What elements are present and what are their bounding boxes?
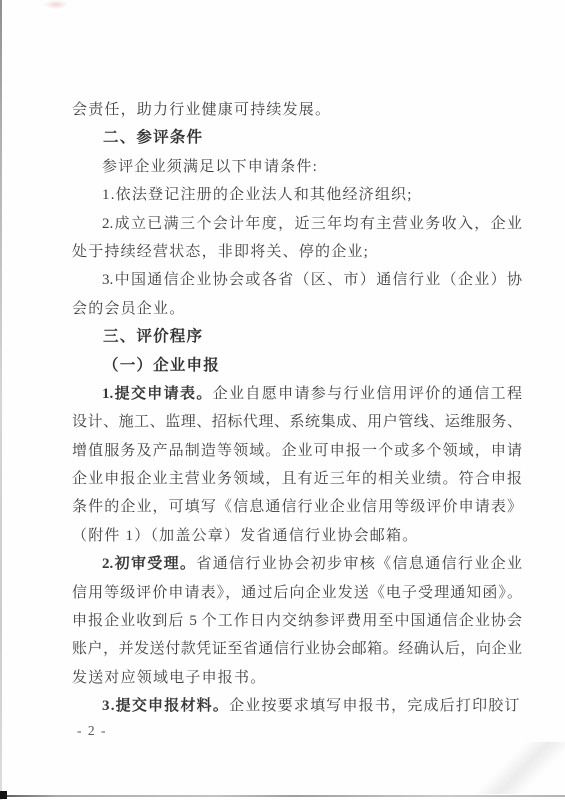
- document-line: 2.初审受理。省通信行业协会初步审核《信息通信行业企业: [72, 550, 522, 578]
- document-line: 三、评价程序: [72, 323, 522, 351]
- document-page: { "page": { "number_label": "- 2 -" }, "…: [0, 0, 565, 800]
- document-body: 会责任，助力行业健康可持续发展。二、参评条件参评企业须满足以下申请条件:1.依法…: [72, 96, 522, 721]
- document-line: 参评企业须满足以下申请条件:: [72, 153, 522, 181]
- document-line: 增值服务及产品制造等领域。企业可申报一个或多个领域，申请: [72, 437, 522, 465]
- document-line: 会的会员企业。: [72, 295, 522, 323]
- document-line: 设计、施工、监理、招标代理、系统集成、用户管线、运维服务、: [72, 408, 522, 436]
- document-line: 3.中国通信企业协会或各省（区、市）通信行业（企业）协: [72, 266, 522, 294]
- scan-smear: [468, 742, 565, 794]
- document-line: 会责任，助力行业健康可持续发展。: [72, 96, 522, 124]
- scan-edge-left-artifact: [0, 0, 2, 800]
- document-line: 二、参评条件: [72, 124, 522, 152]
- run-in-label: 2.初审受理。: [102, 556, 196, 572]
- document-line: 申报企业收到后 5 个工作日内交纳参评费用至中国通信企业协会: [72, 607, 522, 635]
- document-line: 1.依法登记注册的企业法人和其他经济组织;: [72, 181, 522, 209]
- document-line: 信用等级评价申请表》，通过后向企业发送《电子受理通知函》。: [72, 579, 522, 607]
- document-line: 条件的企业，可填写《信息通信行业企业信用等级评价申请表》: [72, 493, 522, 521]
- document-line: 账户，并发送付款凭证至省通信行业协会邮箱。经确认后，向企业: [72, 635, 522, 663]
- document-line: （一）企业申报: [72, 352, 522, 380]
- document-line: 处于持续经营状态，非即将关、停的企业;: [72, 238, 522, 266]
- document-line: 3.提交申报材料。企业按要求填写申报书，完成后打印胶订: [72, 692, 522, 720]
- scan-corner-mark: [0, 791, 7, 799]
- page-number: - 2 -: [77, 723, 107, 739]
- document-line: 2.成立已满三个会计年度，近三年均有主营业务收入，企业: [72, 210, 522, 238]
- run-in-label: 3.提交申报材料。: [102, 698, 229, 714]
- scan-smudge: [44, 0, 68, 9]
- document-line: （附件 1）（加盖公章）发省通信行业协会邮箱。: [72, 522, 522, 550]
- document-line: 1.提交申请表。企业自愿申请参与行业信用评价的通信工程: [72, 380, 522, 408]
- run-in-label: 1.提交申请表。: [102, 386, 213, 402]
- scan-edge-bottom-artifact: [0, 795, 565, 797]
- document-line: 企业申报企业主营业务领域，且有近三年的相关业绩。符合申报: [72, 465, 522, 493]
- document-line: 发送对应领域电子申报书。: [72, 664, 522, 692]
